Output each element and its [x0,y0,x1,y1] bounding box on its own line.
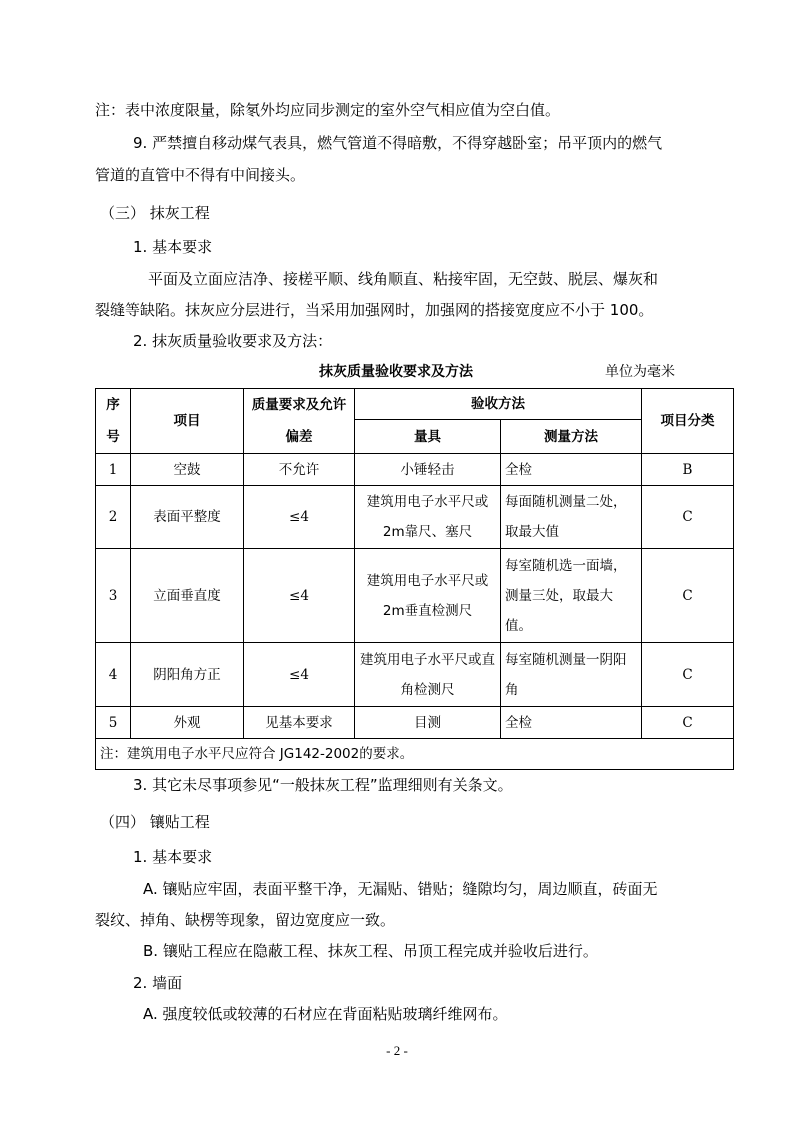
cell-measure: 每面随机测量二处，取最大值 [501,486,642,549]
cell-tool: 建筑用电子水平尺或2m靠尺、塞尺 [355,486,501,549]
header-tool: 量具 [355,420,501,454]
table-row: 2 表面平整度 ≤4 建筑用电子水平尺或2m靠尺、塞尺 每面随机测量二处，取最大… [96,486,734,549]
s3-item-3: 3. 其它未尽事项参见“一般抹灰工程”监理细则有关条文。 [133,775,513,795]
cell-seq: 3 [96,549,131,643]
cell-category: C [642,707,734,739]
s4-a-line1: A. 镶贴应牢固，表面平整干净，无漏贴、错贴；缝隙均匀，周边顺直，砖面无 [143,879,658,899]
s4-a-line2: 裂纹、掉角、缺楞等现象，留边宽度应一致。 [95,910,395,930]
cell-tolerance: ≤4 [244,486,355,549]
cell-seq: 5 [96,707,131,739]
section-3-heading: （三） 抹灰工程 [100,203,210,223]
header-tolerance: 质量要求及允许偏差 [244,389,355,454]
cell-tolerance: ≤4 [244,643,355,707]
cell-category: C [642,486,734,549]
cell-tolerance: 不允许 [244,454,355,486]
s4-wall-a: A. 强度较低或较薄的石材应在背面粘贴玻璃纤维网布。 [143,1004,508,1024]
s4-item-2: 2. 墙面 [133,973,182,993]
cell-item: 立面垂直度 [131,549,244,643]
table-note-row: 注：建筑用电子水平尺应符合 JG142-2002的要求。 [96,739,734,770]
table-unit: 单位为毫米 [605,362,675,382]
s3-basic-line1: 平面及立面应洁净、接槎平顺、线角顺直、粘接牢固，无空鼓、脱层、爆灰和 [148,269,658,289]
cell-tool: 建筑用电子水平尺或直角检测尺 [355,643,501,707]
cell-item: 空鼓 [131,454,244,486]
cell-seq: 4 [96,643,131,707]
cell-tolerance: ≤4 [244,549,355,643]
table-row: 1 空鼓 不允许 小锤轻击 全检 B [96,454,734,486]
cell-item: 表面平整度 [131,486,244,549]
item-9-line2: 管道的直管中不得有中间接头。 [95,165,305,185]
table-row: 3 立面垂直度 ≤4 建筑用电子水平尺或2m垂直检测尺 每室随机选一面墙，测量三… [96,549,734,643]
cell-item: 外观 [131,707,244,739]
cell-category: C [642,643,734,707]
cell-item: 阴阳角方正 [131,643,244,707]
item-9-line1: 9. 严禁擅自移动煤气表具，燃气管道不得暗敷，不得穿越卧室；吊平顶内的燃气 [133,133,662,153]
table-row: 4 阴阳角方正 ≤4 建筑用电子水平尺或直角检测尺 每室随机测量一阴阳角 C [96,643,734,707]
cell-measure: 每室随机选一面墙，测量三处，取最大值。 [501,549,642,643]
s3-basic-title: 1. 基本要求 [133,237,212,257]
cell-measure: 全检 [501,707,642,739]
table-note: 注：建筑用电子水平尺应符合 JG142-2002的要求。 [96,739,734,770]
note-indoor-air: 注：表中浓度限量，除氡外均应同步测定的室外空气相应值为空白值。 [95,100,560,120]
s3-item-2: 2. 抹灰质量验收要求及方法： [133,331,332,351]
table-row: 5 外观 见基本要求 目测 全检 C [96,707,734,739]
s4-basic-title: 1. 基本要求 [133,847,212,867]
section-4-heading: （四） 镶贴工程 [100,812,210,832]
header-seq: 序号 [96,389,131,454]
cell-tolerance: 见基本要求 [244,707,355,739]
header-method-group: 验收方法 [355,389,642,420]
cell-measure: 每室随机测量一阴阳角 [501,643,642,707]
table-caption: 抹灰质量验收要求及方法 [319,362,473,382]
cell-tool: 小锤轻击 [355,454,501,486]
cell-seq: 1 [96,454,131,486]
cell-measure: 全检 [501,454,642,486]
s4-b: B. 镶贴工程应在隐蔽工程、抹灰工程、吊顶工程完成并验收后进行。 [143,941,598,961]
header-measure: 测量方法 [501,420,642,454]
cell-tool: 目测 [355,707,501,739]
header-category: 项目分类 [642,389,734,454]
page-number: - 2 - [0,1043,794,1059]
cell-seq: 2 [96,486,131,549]
s3-basic-line2: 裂缝等缺陷。抹灰应分层进行，当采用加强网时，加强网的搭接宽度应不小于 100。 [95,300,653,320]
plaster-quality-table: 序号 项目 质量要求及允许偏差 验收方法 项目分类 量具 测量方法 1 空鼓 不… [95,388,734,770]
cell-category: C [642,549,734,643]
cell-tool: 建筑用电子水平尺或2m垂直检测尺 [355,549,501,643]
cell-category: B [642,454,734,486]
header-item: 项目 [131,389,244,454]
